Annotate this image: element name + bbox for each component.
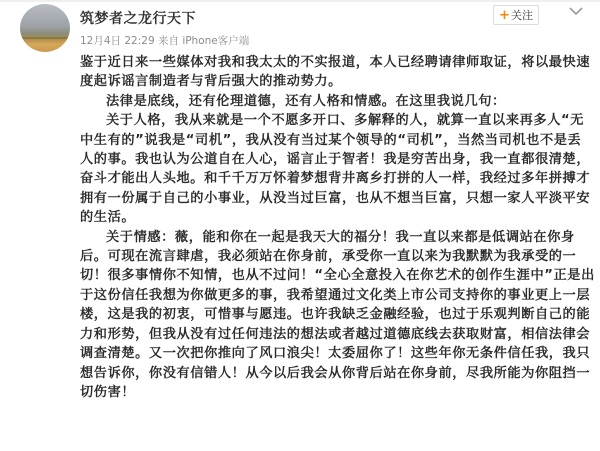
plus-icon: +	[499, 9, 510, 22]
chevron-down-icon[interactable]	[569, 6, 583, 16]
follow-button[interactable]: + 关注	[493, 5, 539, 25]
post-paragraph: 关于情感：薇，能和你在一起是我天大的福分！我一直以来都是低调站在你身后。可现在流…	[80, 228, 595, 403]
username-link[interactable]: 筑梦者之龙行天下	[80, 8, 196, 28]
post-content: 鉴于近日来一些媒体对我和我太太的不实报道，本人已经聘请律师取证，将以最快速度起诉…	[80, 53, 595, 402]
post-paragraph: 关于人格，我从来就是一个不愿多开口、多解释的人，就算一直以来再多人“无中生有的”…	[80, 111, 595, 227]
post-paragraph: 鉴于近日来一些媒体对我和我太太的不实报道，本人已经聘请律师取证，将以最快速度起诉…	[80, 53, 595, 92]
top-divider	[0, 0, 600, 2]
post-timestamp-source: 12月4日 22:29 来自 iPhone客户端	[80, 33, 249, 48]
follow-label: 关注	[511, 7, 533, 23]
post-paragraph: 法律是底线，还有伦理道德，还有人格和情感。在这里我说几句：	[80, 92, 595, 111]
avatar[interactable]	[20, 4, 70, 52]
